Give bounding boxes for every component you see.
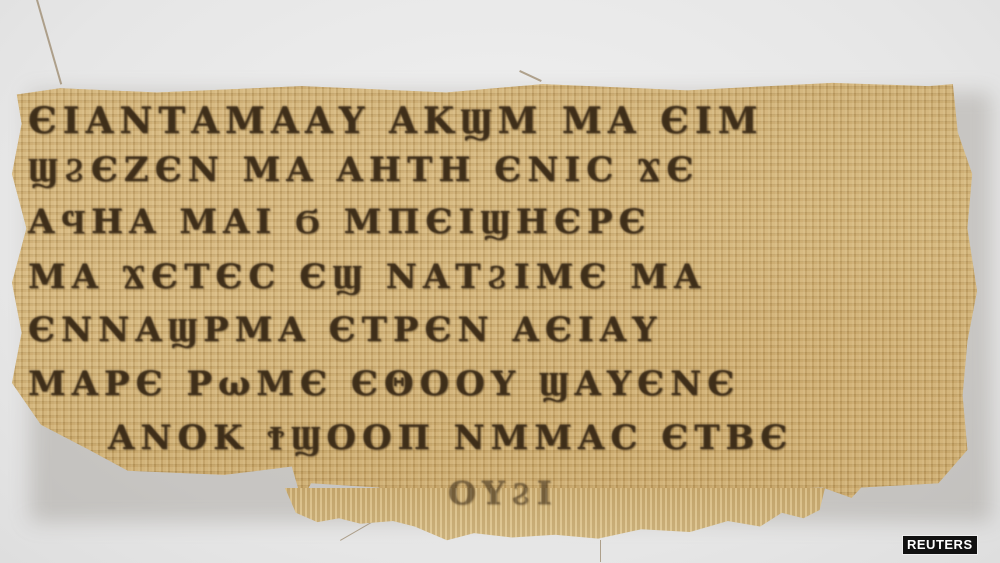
photo-stage: ЄΙΑΝΤΑΜΑΑΥ ΑΚϢΜ ΜΑ ЄΙΜ ϢϨЄΖЄΝ ΜΑ ΑΗΤΗ ЄΝ… [0,0,1000,563]
text-line-5: ЄΝΝΑϢΡΜΑ ЄΤΡЄΝ ΑЄΙΑΥ [28,310,978,350]
text-line-3: ΑϤΗΑ ΜΑΙ Ϭ ΜΠЄΙϢΗЄΡЄ [28,202,978,242]
coptic-text-block: ЄΙΑΝΤΑΜΑΑΥ ΑΚϢΜ ΜΑ ЄΙΜ ϢϨЄΖЄΝ ΜΑ ΑΗΤΗ ЄΝ… [28,92,978,492]
reuters-watermark: REUTERS [902,535,978,555]
loose-fiber [600,540,601,562]
text-line-1: ЄΙΑΝΤΑΜΑΑΥ ΑΚϢΜ ΜΑ ЄΙΜ [28,100,978,142]
loose-fiber [519,70,541,82]
text-line-8: ΟΥϨΙ [448,474,1000,512]
text-line-6: ΜΑΡЄ ΡωΜЄ ЄΘΟΟΥ ϢΑΥЄΝЄ [28,364,978,404]
text-line-4: ΜΑ ϪЄΤЄϹ ЄϢ ΝΑΤϨΙΜЄ ΜΑ [28,257,978,297]
loose-fiber [36,0,62,85]
text-line-7: ΑΝΟΚ ϮϢΟΟΠ ΝΜΜΑϹ ЄΤΒЄ [108,418,1000,458]
text-line-2: ϢϨЄΖЄΝ ΜΑ ΑΗΤΗ ЄΝΙϹ ϪЄ [28,150,978,190]
